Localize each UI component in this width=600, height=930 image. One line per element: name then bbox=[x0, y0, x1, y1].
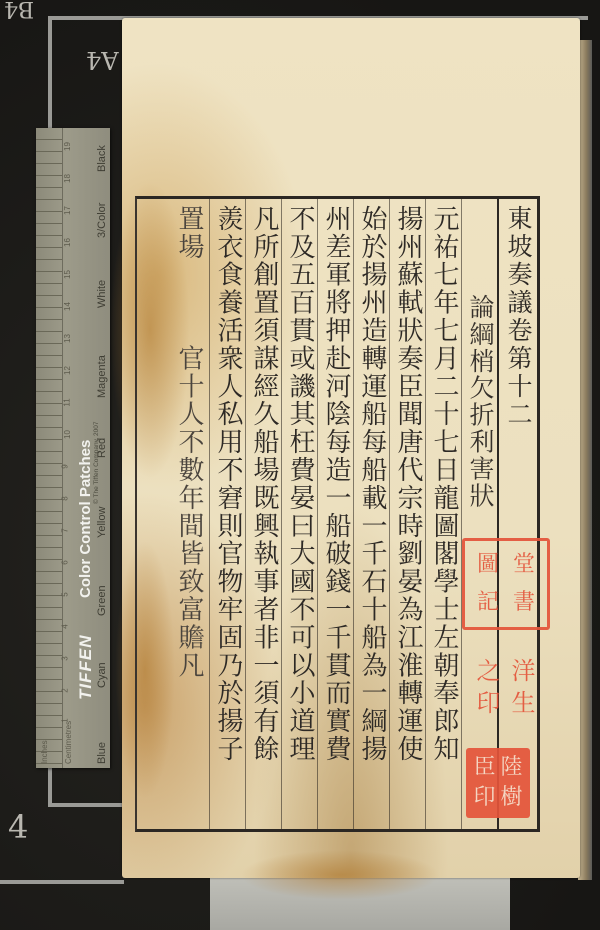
seal-char: 印 bbox=[471, 687, 506, 719]
text-column-damaged: 置場 官十人不數年間皆致富贍凡 bbox=[171, 199, 207, 829]
collector-seal-2: 之 洋 印 生 bbox=[466, 650, 546, 724]
ruler-ticks bbox=[36, 128, 63, 768]
seal-char: 陸 bbox=[498, 753, 525, 783]
cm-tick: 11 bbox=[63, 398, 72, 406]
patch-label-white: White bbox=[96, 280, 108, 308]
collector-seal-1: 圖 堂 記 書 bbox=[462, 538, 550, 630]
text-line: 置場 官十人不數年間皆致富贍凡 bbox=[172, 205, 206, 679]
patch-label-3color: 3/Color bbox=[96, 203, 108, 238]
page-edge bbox=[578, 40, 592, 880]
cm-tick: 10 bbox=[63, 430, 72, 439]
patch-label-red: Red bbox=[96, 438, 108, 458]
frame-label-4: 4 bbox=[8, 808, 28, 846]
cm-tick: 7 bbox=[61, 528, 70, 532]
text-column: 州差軍將押赴河陰每造一船破錢一千貫而實費 bbox=[317, 199, 354, 829]
text-column: 羨衣食養活衆人私用不窘則官物牢固乃於揚子 bbox=[209, 199, 246, 829]
printed-text-block: 東坡奏議卷第十二 論綱梢欠折利害狀 元祐七年七月二十七日龍圖閣學士左朝奉郎知 揚… bbox=[135, 196, 540, 832]
card-copyright: © The Tiffen Company, 2007 bbox=[93, 422, 100, 504]
patch-label-cyan: Cyan bbox=[96, 662, 108, 688]
cm-tick: 4 bbox=[61, 624, 70, 628]
cm-tick: 1 bbox=[61, 718, 70, 722]
cm-tick: 12 bbox=[63, 366, 72, 375]
patch-label-yellow: Yellow bbox=[96, 507, 108, 538]
cm-tick: 18 bbox=[63, 174, 72, 183]
cm-tick: 3 bbox=[61, 656, 70, 660]
patch-label-blue: Blue bbox=[96, 742, 108, 764]
memorial-heading: 論綱梢欠折利害狀 bbox=[463, 294, 497, 509]
seal-char: 生 bbox=[506, 687, 541, 719]
text-line: 凡所創置須謀經久船場既興執事者非一須有餘 bbox=[247, 205, 281, 763]
frame-label-a4: A4 bbox=[86, 46, 119, 74]
text-column: 不及五百貫或譏其枉費晏曰大國不可以小道理 bbox=[281, 199, 318, 829]
seal-char: 樹 bbox=[498, 783, 525, 813]
water-stain bbox=[240, 850, 440, 900]
volume-title: 東坡奏議卷第十二 bbox=[501, 205, 535, 429]
text-line: 州差軍將押赴河陰每造一船破錢一千貫而實費 bbox=[319, 205, 353, 763]
seal-char: 洋 bbox=[506, 655, 541, 687]
text-line: 始於揚州造轉運船每船載一千石十船為一綱揚 bbox=[355, 205, 389, 763]
seal-char: 圖 bbox=[470, 546, 506, 584]
heading-column: 論綱梢欠折利害狀 bbox=[461, 199, 498, 829]
cm-tick: 15 bbox=[63, 270, 72, 279]
text-line: 不及五百貫或譏其枉費晏曰大國不可以小道理 bbox=[283, 205, 317, 763]
frame-line-bottom bbox=[0, 880, 124, 884]
cm-tick: 16 bbox=[63, 238, 72, 247]
patch-label-black: Black bbox=[96, 145, 108, 172]
cm-scale: 1 2 3 4 5 6 7 8 9 10 11 12 13 14 15 16 1… bbox=[63, 128, 77, 768]
text-column: 元祐七年七月二十七日龍圖閣學士左朝奉郎知 bbox=[425, 199, 462, 829]
card-title: Color Control Patches bbox=[77, 440, 94, 598]
text-line: 揚州蘇軾狀奏臣聞唐代宗時劉晏為江淮轉運使 bbox=[391, 205, 425, 763]
patch-label-magenta: Magenta bbox=[96, 355, 108, 398]
seal-char: 印 bbox=[471, 783, 498, 813]
cm-tick: 17 bbox=[63, 206, 72, 215]
cm-tick: 8 bbox=[61, 496, 70, 500]
patch-label-green: Green bbox=[96, 585, 108, 616]
frame-line-inner-bottom bbox=[48, 803, 124, 807]
seal-char: 堂 bbox=[506, 546, 542, 584]
seal-char: 書 bbox=[506, 584, 542, 622]
text-line: 羨衣食養活衆人私用不窘則官物牢固乃於揚子 bbox=[211, 205, 245, 763]
tiffen-logo: TIFFEN bbox=[76, 635, 96, 701]
cm-tick: 9 bbox=[61, 464, 70, 468]
text-column: 始於揚州造轉運船每船載一千石十船為一綱揚 bbox=[353, 199, 390, 829]
seal-char: 臣 bbox=[471, 753, 498, 783]
cm-tick: 14 bbox=[63, 302, 72, 311]
seal-char: 之 bbox=[471, 655, 506, 687]
cm-tick: 5 bbox=[61, 592, 70, 596]
cm-tick: 2 bbox=[61, 688, 70, 692]
text-line: 元祐七年七月二十七日龍圖閣學士左朝奉郎知 bbox=[427, 205, 461, 763]
inches-label: Inches bbox=[40, 740, 49, 764]
cm-tick: 19 bbox=[63, 142, 72, 151]
cm-tick: 6 bbox=[61, 560, 70, 564]
title-column: 東坡奏議卷第十二 bbox=[497, 199, 537, 829]
seal-char: 記 bbox=[470, 584, 506, 622]
text-column: 凡所創置須謀經久船場既興執事者非一須有餘 bbox=[245, 199, 282, 829]
cm-tick: 13 bbox=[63, 334, 72, 343]
text-column: 揚州蘇軾狀奏臣聞唐代宗時劉晏為江淮轉運使 bbox=[389, 199, 426, 829]
color-control-card: Inches Centimetres 1 2 3 4 5 6 7 8 9 10 … bbox=[36, 128, 110, 768]
collector-seal-3: 臣 陸 印 樹 bbox=[466, 748, 530, 818]
frame-label-b4: B4 bbox=[4, 0, 34, 21]
